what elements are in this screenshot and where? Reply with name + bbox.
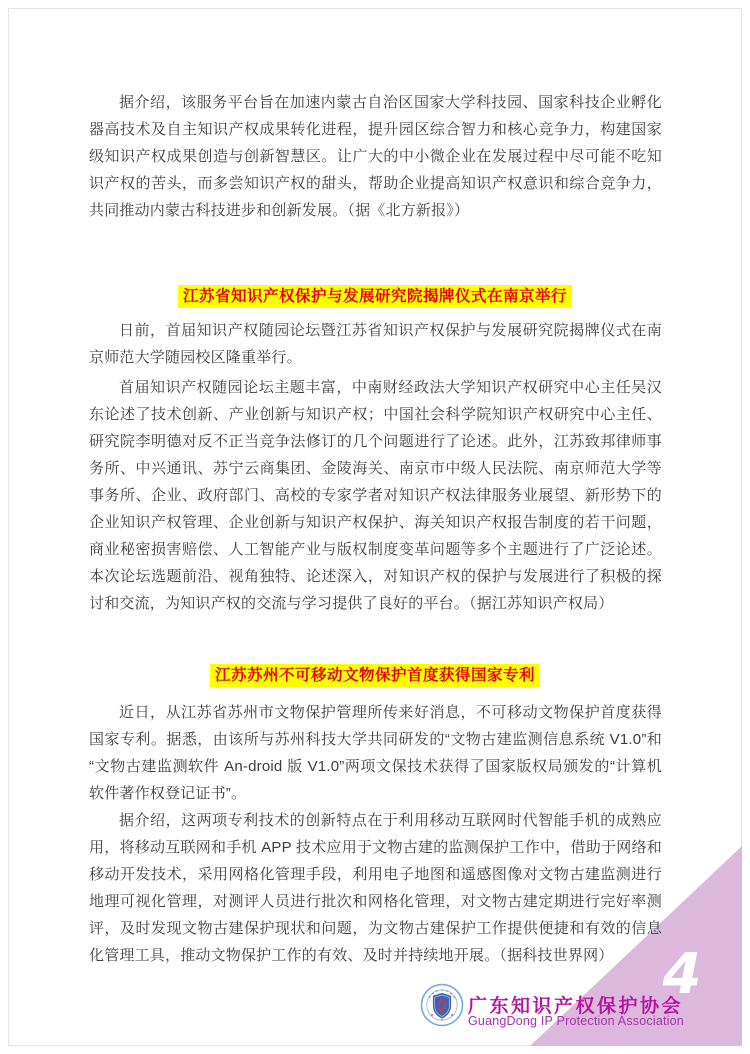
article-paragraph: 首届知识产权随园论坛主题丰富，中南财经政法大学知识产权研究中心主任吴汉东论述了技… [89, 374, 662, 617]
article-paragraph: 日前，首届知识产权随园论坛暨江苏省知识产权保护与发展研究院揭牌仪式在南京师范大学… [89, 317, 662, 371]
article-headline: 江苏省知识产权保护与发展研究院揭牌仪式在南京举行 [0, 285, 750, 308]
document-page: 据介绍，该服务平台旨在加速内蒙古自治区国家大学科技园、国家科技企业孵化器高技术及… [0, 0, 750, 1054]
association-badge-icon [420, 983, 464, 1027]
headline-text: 江苏苏州不可移动文物保护首度获得国家专利 [210, 664, 540, 687]
footer-org-name-en: GuangDong IP Protection Association [468, 1014, 684, 1028]
article-paragraph: 据介绍，这两项专利技术的创新特点在于利用移动互联网时代智能手机的成熟应用，将移动… [89, 807, 662, 969]
article-paragraph: 近日，从江苏省苏州市文物保护管理所传来好消息，不可移动文物保护首度获得国家专利。… [89, 699, 662, 807]
page-number: 4 [652, 942, 712, 1007]
headline-text: 江苏省知识产权保护与发展研究院揭牌仪式在南京举行 [178, 285, 572, 308]
article-paragraph: 据介绍，该服务平台旨在加速内蒙古自治区国家大学科技园、国家科技企业孵化器高技术及… [89, 89, 662, 224]
article-headline: 江苏苏州不可移动文物保护首度获得国家专利 [0, 664, 750, 687]
